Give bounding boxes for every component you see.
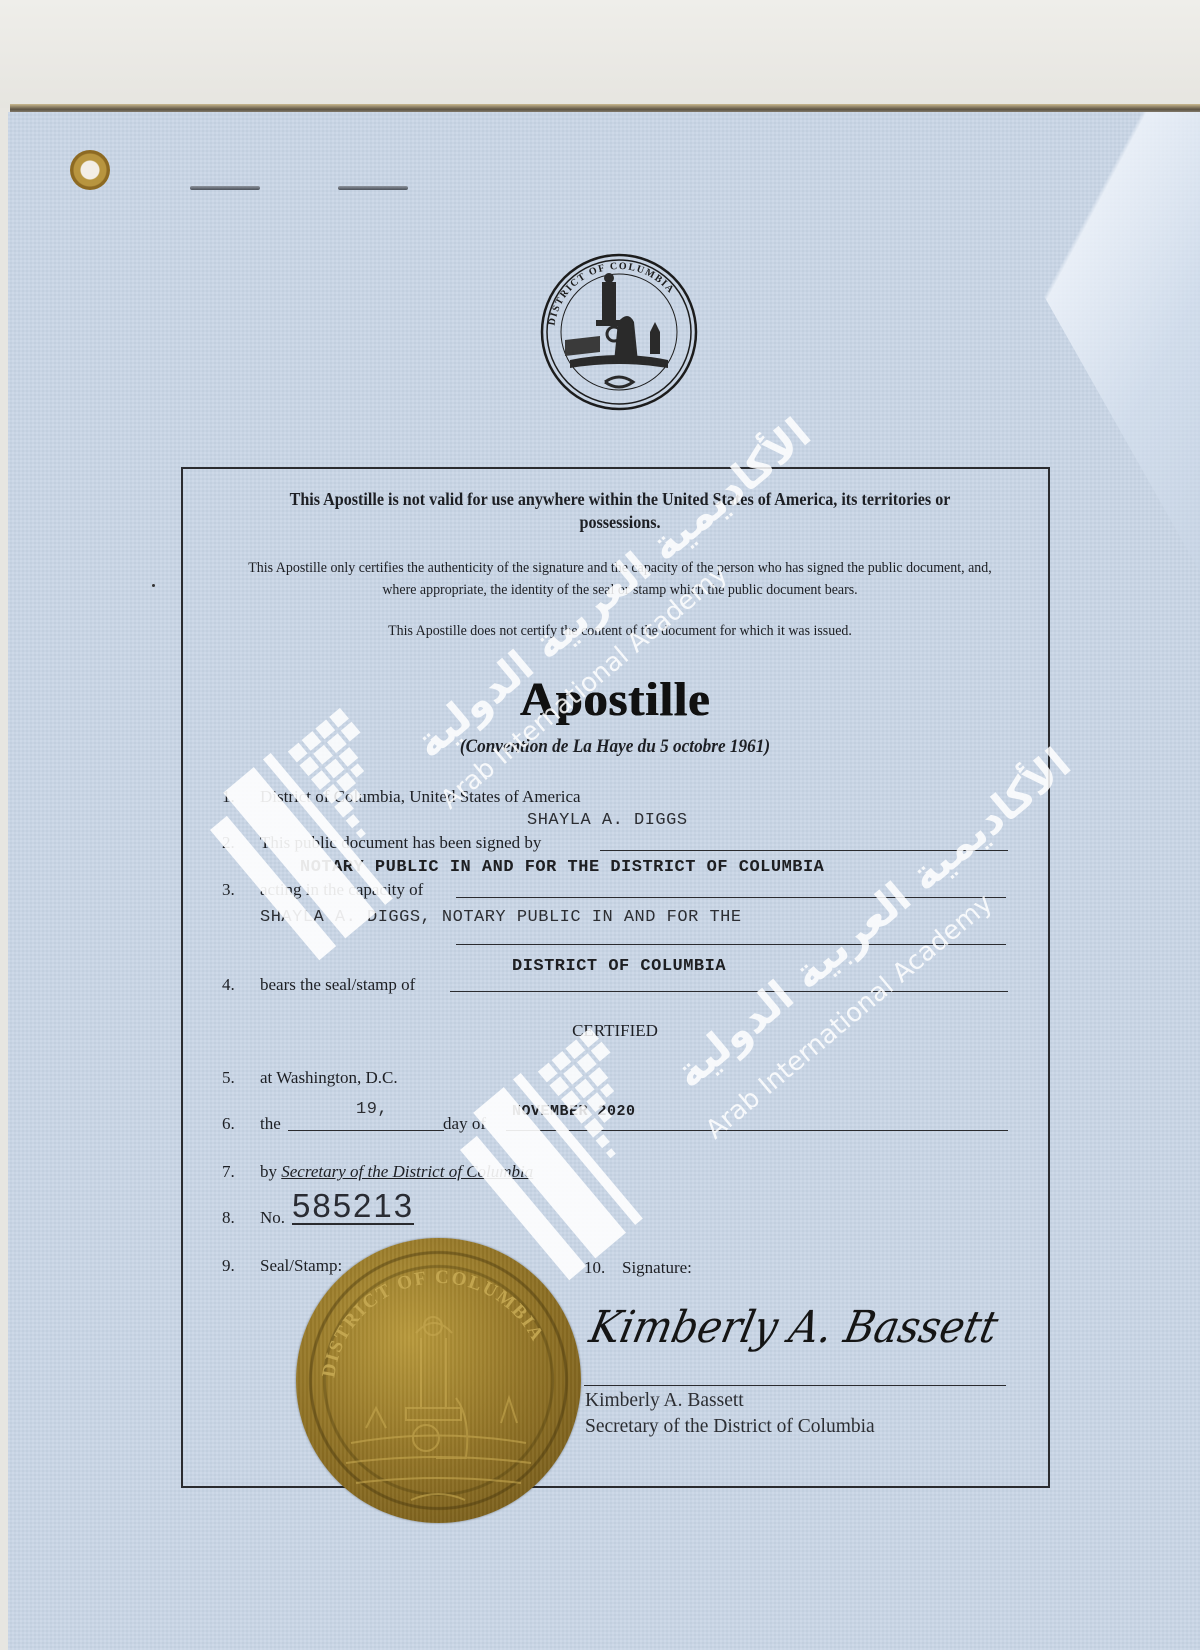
signer-title: Secretary of the District of Columbia <box>585 1416 875 1438</box>
field-8-number: 8.No. <box>222 1208 285 1228</box>
certificate-number: 585213 <box>292 1189 414 1225</box>
signature-line <box>584 1385 1006 1386</box>
capacity-line <box>456 897 1006 898</box>
staple-icon <box>338 186 408 190</box>
issuing-authority: Secretary of the District of Columbia <box>281 1162 533 1181</box>
signer-capacity-continued: SHAYLA A. DIGGS, NOTARY PUBLIC IN AND FO… <box>260 908 742 927</box>
scan-speck <box>152 584 155 587</box>
month-line <box>506 1130 1008 1131</box>
signed-by-line <box>600 850 1008 851</box>
seal-authority-value: DISTRICT OF COLUMBIA <box>512 957 726 976</box>
day-line <box>288 1130 444 1131</box>
scanner-background <box>0 0 1200 108</box>
field-6-date: 6.the day of <box>222 1114 486 1134</box>
field-7-authority: 7.by Secretary of the District of Columb… <box>222 1162 533 1182</box>
validity-notice: This Apostille is not valid for use anyw… <box>261 488 979 534</box>
field-2-signed-by: 2.This public document has been signed b… <box>222 833 541 853</box>
signer-name: Kimberly A. Bassett <box>585 1390 744 1412</box>
convention-subtitle: (Convention de La Haye du 5 octobre 1961… <box>396 737 833 758</box>
field-4-seal: 4.bears the seal/stamp of <box>222 975 415 995</box>
field-1-country: 1.District of Columbia, United States of… <box>222 787 581 807</box>
field-10-signature: 10.Signature: <box>584 1258 692 1278</box>
seal-line <box>450 991 1008 992</box>
gold-embossed-seal-icon: DISTRICT OF COLUMBIA <box>296 1238 581 1523</box>
grommet-icon <box>70 150 110 190</box>
content-disclaimer: This Apostille does not certify the cont… <box>239 620 1002 642</box>
field-5-place: 5.at Washington, D.C. <box>222 1068 398 1088</box>
month-year-value: NOVEMBER 2020 <box>512 1103 636 1120</box>
district-of-columbia-seal-icon: DISTRICT OF COLUMBIA <box>530 252 708 412</box>
capacity-line-2 <box>456 944 1006 945</box>
certification-scope-notice: This Apostille only certifies the authen… <box>239 557 1002 601</box>
handwritten-signature: Kimberly A. Bassett <box>585 1302 1002 1353</box>
signer-capacity-value: NOTARY PUBLIC IN AND FOR THE DISTRICT OF… <box>300 858 824 877</box>
signer-name-value: SHAYLA A. DIGGS <box>527 811 688 830</box>
staple-icon <box>190 186 260 190</box>
certified-heading: CERTIFIED <box>460 1021 770 1041</box>
field-3-capacity: 3.acting in the capacity of <box>222 880 423 900</box>
page-title: Apostille <box>380 672 850 727</box>
